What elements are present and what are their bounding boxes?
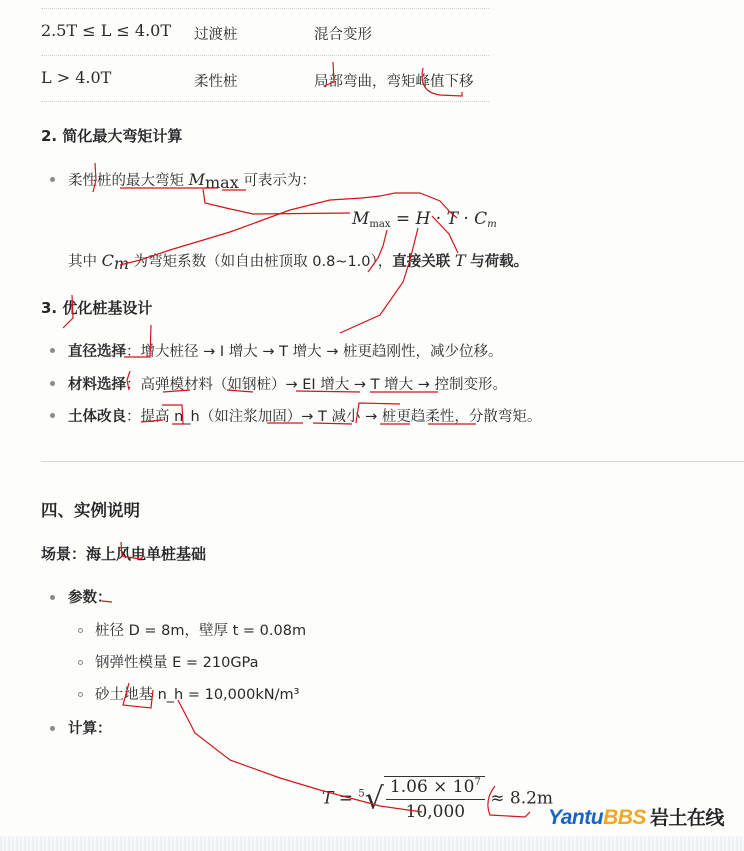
math-var: T [322, 789, 333, 809]
math-sub: max [205, 173, 239, 192]
math-sub: m [487, 219, 496, 230]
table-divider [41, 55, 489, 56]
formula-mmax: Mmax = H · T · Cm [352, 209, 497, 230]
scene-label: 场景：海上风电单桩基础 [41, 543, 206, 564]
sub-bullet [78, 628, 83, 633]
bullet-dot [50, 348, 55, 353]
math-sub: max [369, 219, 390, 230]
list-item-material: 材料选择：高弹模材料（如钢桩）→ EI 增大 → T 增大 → 控制变形。 [68, 373, 507, 394]
math-var: M [352, 209, 369, 229]
math-expr: H · T · C [416, 209, 488, 229]
math-op: = [396, 209, 410, 229]
table-cell-condition: 2.5T ≤ L ≤ 4.0T [41, 21, 171, 40]
numerator: 1.06 × 10 [390, 777, 475, 797]
section-divider [41, 461, 744, 462]
bullet-dot [50, 381, 55, 386]
param-item: 钢弹性模量 E = 210GPa [95, 651, 259, 672]
logo-text: BBS [603, 806, 646, 829]
logo-text: Yantu [548, 806, 603, 829]
note-text: 为弯矩系数（如自由桩顶取 0.8~1.0）， [134, 254, 393, 270]
calc-label: 计算： [68, 717, 112, 738]
note-bold: 直接关联 [392, 254, 450, 270]
footer-dither-strip [0, 836, 744, 851]
denominator: 10,000 [386, 800, 485, 822]
exponent: 7 [474, 777, 480, 788]
params-label: 参数： [68, 586, 112, 607]
item-text: ：增大桩径 → I 增大 → T 增大 → 桩更趋刚性，减少位移。 [126, 344, 502, 360]
item-label: 直径选择 [68, 344, 126, 360]
item-label: 材料选择 [68, 377, 126, 393]
section-heading: 四、实例说明 [41, 497, 140, 521]
formula-T: T = 5√ 1.06 × 107 10,000 ≈ 8.2m [322, 776, 553, 822]
note-text: 其中 [68, 254, 97, 270]
table-cell-behavior: 局部弯曲，弯矩峰值下移 [314, 70, 474, 91]
item-text: ：提高 n_h（如注浆加固）→ T 减小 → 桩更趋柔性，分散弯矩。 [126, 409, 541, 425]
list-item-soil: 土体改良：提高 n_h（如注浆加固）→ T 减小 → 桩更趋柔性，分散弯矩。 [68, 405, 541, 426]
result-value: 8.2m [510, 789, 553, 809]
yantubbs-logo: YantuBBS岩土在线 [548, 803, 724, 830]
bullet-dot [50, 413, 55, 418]
table-cell-type: 柔性桩 [194, 70, 238, 91]
item-label: 土体改良 [68, 409, 126, 425]
bullet-dot [50, 177, 55, 182]
sub-bullet [78, 660, 83, 665]
section-heading: 2. 简化最大弯矩计算 [41, 125, 182, 146]
table-cell-type: 过渡桩 [194, 23, 238, 44]
list-text: 可表示为： [243, 173, 316, 189]
item-text: ：高弹模材料（如钢桩）→ EI 增大 → T 增大 → 控制变形。 [126, 377, 507, 393]
math-op: ≈ [490, 789, 504, 809]
math-sub: m [114, 254, 129, 273]
table-cell-behavior: 混合变形 [314, 23, 372, 44]
list-item-diameter: 直径选择：增大桩径 → I 增大 → T 增大 → 桩更趋刚性，减少位移。 [68, 340, 502, 361]
bullet-dot [50, 726, 55, 731]
math-var: T [455, 251, 466, 270]
math-var: C [102, 251, 114, 270]
radicand: 1.06 × 107 10,000 [384, 776, 485, 822]
note-bold: 与荷载。 [470, 254, 528, 270]
formula-note: 其中 Cm 为弯矩系数（如自由桩顶取 0.8~1.0），直接关联 T 与荷载。 [68, 250, 528, 273]
param-item: 砂土地基 n_h = 10,000kN/m³ [95, 683, 299, 704]
list-text: 柔性桩的最大弯矩 [68, 173, 184, 189]
param-item: 桩径 D = 8m，壁厚 t = 0.08m [95, 619, 306, 640]
math-var: M [189, 170, 205, 189]
fraction: 1.06 × 107 10,000 [386, 777, 485, 822]
bullet-dot [50, 595, 55, 600]
table-divider [41, 8, 489, 9]
table-cell-condition: L > 4.0T [41, 68, 111, 87]
sub-bullet [78, 692, 83, 697]
logo-text: 岩土在线 [650, 808, 724, 829]
section-heading: 3. 优化桩基设计 [41, 297, 152, 318]
list-item: 柔性桩的最大弯矩 Mmax 可表示为： [68, 169, 316, 192]
table-divider [41, 101, 489, 102]
